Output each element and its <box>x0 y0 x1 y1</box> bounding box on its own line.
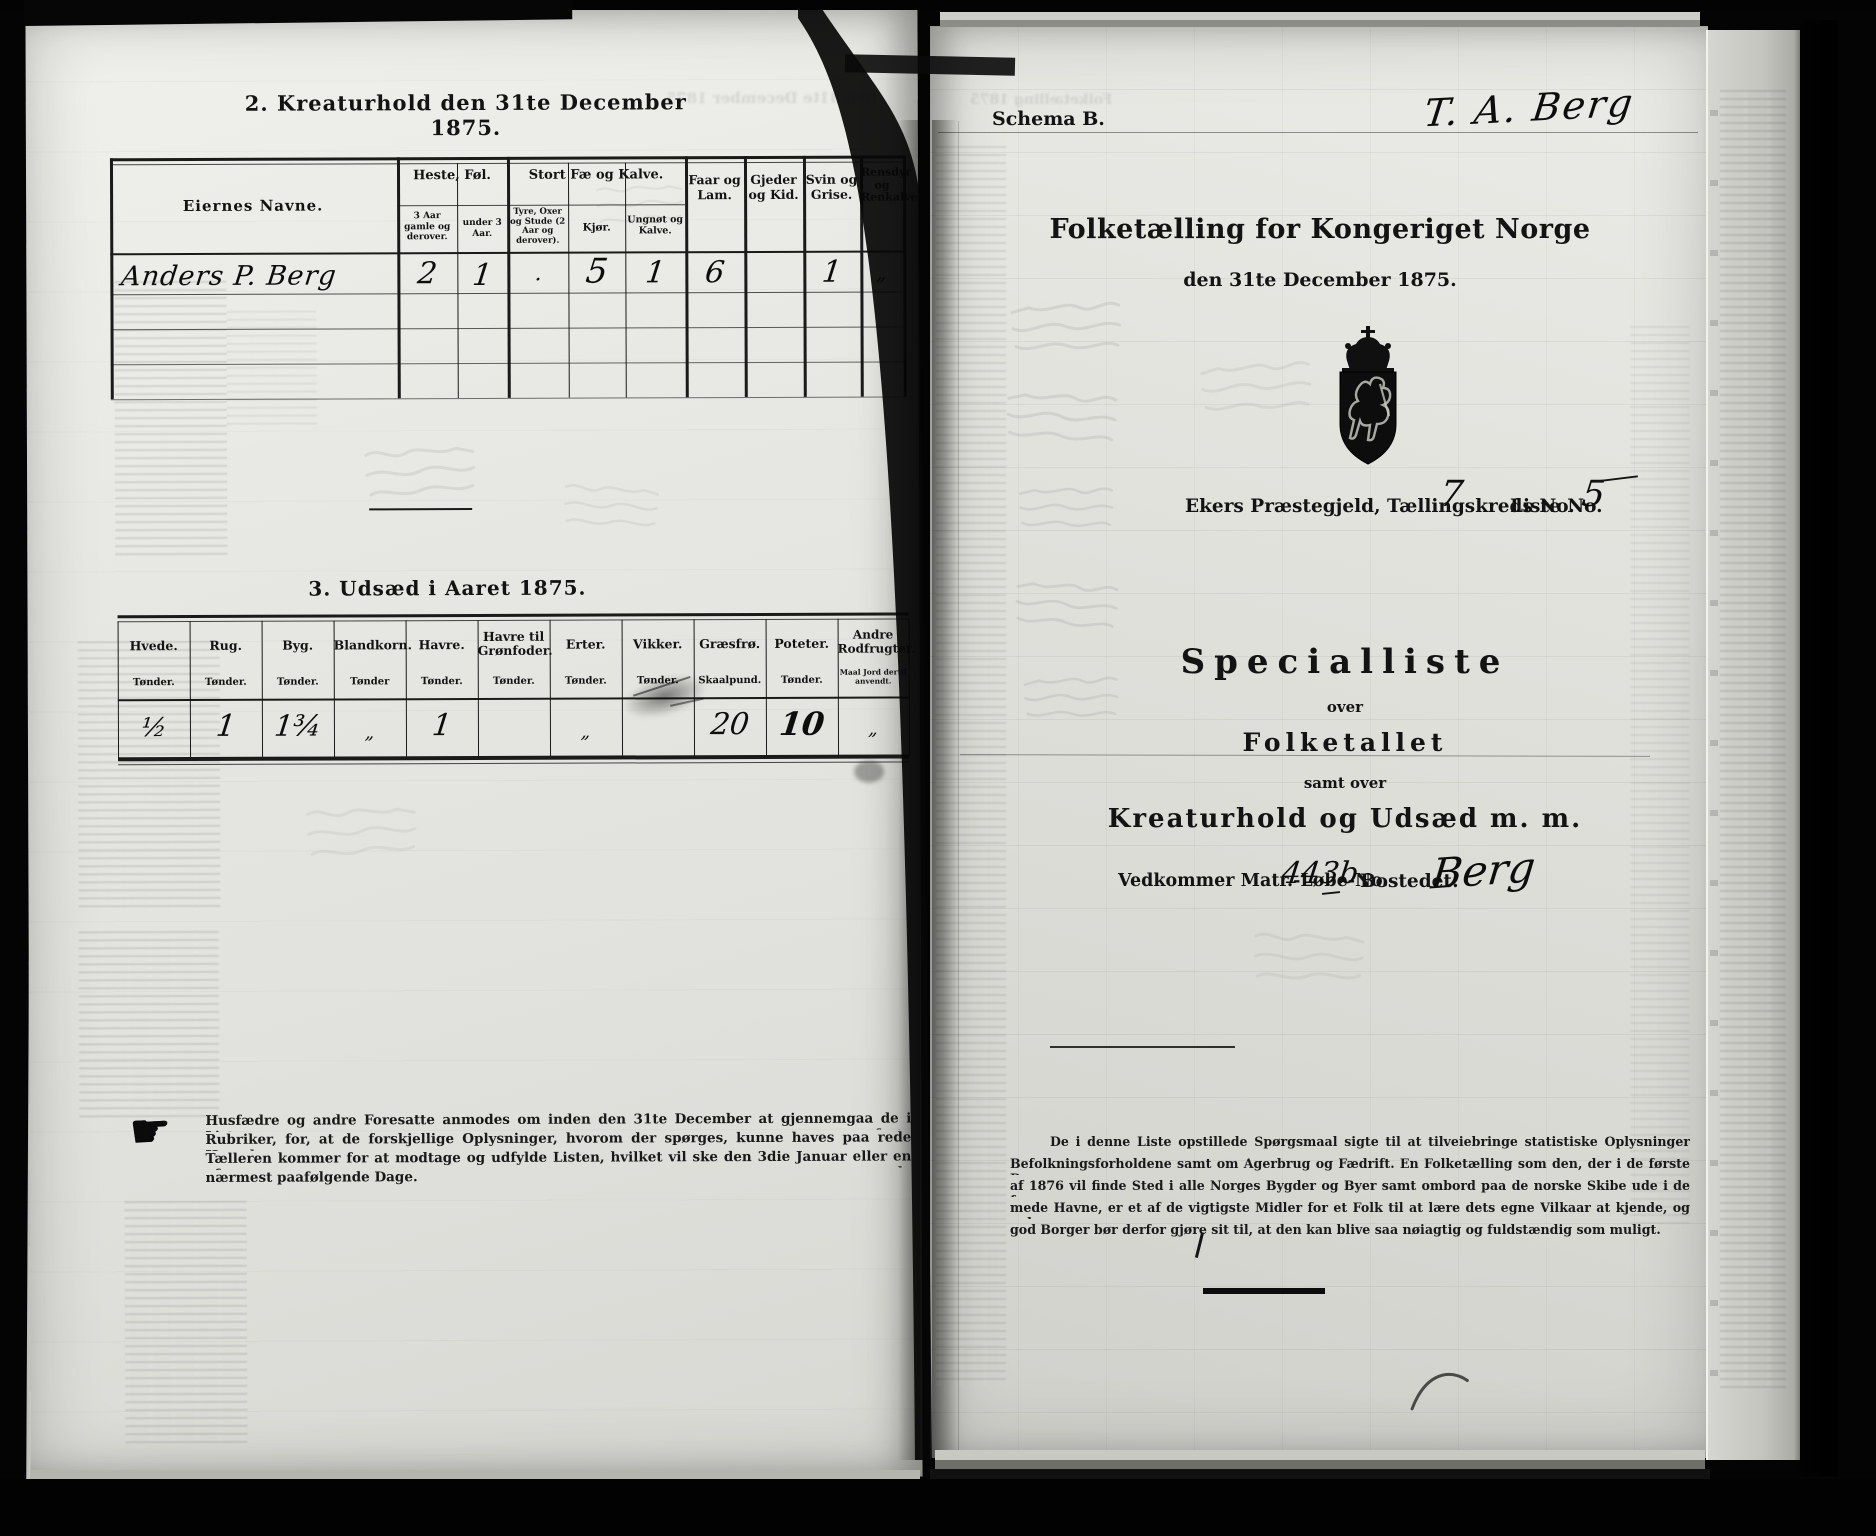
page-curl-shadow <box>1794 20 1838 1476</box>
table2-header: Vikker. <box>622 637 694 651</box>
mid-page-rule <box>1050 1046 1235 1048</box>
right-footer-line: god Borger bør derfor gjøre sit til, at … <box>1010 1222 1690 1241</box>
ghost-print-column <box>1720 90 1786 1390</box>
table1-cell-value: · <box>506 268 570 293</box>
krets-number-handwritten: 7 <box>1437 474 1465 515</box>
bottom-bar-rule <box>1203 1288 1325 1294</box>
ghost-handwriting-squiggle <box>993 572 1136 644</box>
table1-group-stortfae-header: Stort Fæ og Kalve. <box>507 167 685 183</box>
table2-unit: Tønder. <box>550 675 622 686</box>
table2-unit: Tønder. <box>190 677 262 688</box>
ghost-vertical-rule <box>958 121 959 1451</box>
table2-top-rule-thin <box>118 618 909 622</box>
table2-unit: Tønder. <box>478 676 550 687</box>
manicule-icon: ☛ <box>128 1102 172 1158</box>
table1-group-underline <box>397 205 507 206</box>
ghost-handwriting-squiggle <box>989 384 1131 459</box>
right-footer-line: mede Havne, er et af de vigtigste Midler… <box>1010 1200 1690 1219</box>
table2-unit: Tønder <box>334 676 406 687</box>
matrikkel-number-handwritten: 443b <box>1280 856 1361 891</box>
table2-header: Rug. <box>190 639 262 653</box>
ghost-handwriting-squiggle <box>545 475 679 543</box>
table1-col-owner-header: Eiernes Navne. <box>118 196 388 215</box>
table1-cell-value: 2 <box>395 256 459 291</box>
table2-cell-value: 1 <box>404 708 480 743</box>
table1-sub-tyre-header: Tyre, Oxer og Stude (2 Aar og derover). <box>509 208 566 246</box>
table2-cell-value: „ <box>333 722 408 743</box>
table1-sub-kjor-header: Kjør. <box>568 221 625 233</box>
ghost-handwriting-squiggle <box>1229 923 1391 999</box>
table2-cell-value: 1 <box>188 709 264 744</box>
specialliste-folketallet: Folketallet <box>1045 728 1645 757</box>
ghost-print-column <box>125 1201 248 1443</box>
census-date-line: den 31te December 1875. <box>1020 269 1620 291</box>
bottom-right-page-edges <box>935 1460 1705 1469</box>
table1-col-faar-header: Faar og Lam. <box>686 173 743 202</box>
table1-cell-value: 1 <box>455 258 509 293</box>
specialliste-over: over <box>1045 698 1645 716</box>
kreaturhold-section-title: 2. Kreaturhold den 31te December 1875. <box>206 89 726 141</box>
table2-cell-value: 1¾ <box>260 708 336 742</box>
ghost-handwriting-squiggle <box>998 293 1131 370</box>
left-footer-line: nærmest paafølgende Dage. <box>205 1167 911 1188</box>
table1-cell-value: 1 <box>623 255 687 290</box>
coat-of-arms-norway <box>1328 326 1408 468</box>
table2-header: Erter. <box>550 637 622 651</box>
table1-sub-3aar-header: 3 Aar gamle og derover. <box>398 211 456 243</box>
handwritten-owner-name: T. A. Berg <box>1421 81 1637 136</box>
row-number-marks <box>1710 110 1718 1430</box>
ghost-print-column <box>79 931 220 1121</box>
table2-cell-value: ½ <box>116 713 192 743</box>
specialliste-kreaturhold: Kreaturhold og Udsæd m. m. <box>1045 804 1645 834</box>
ink-blotch <box>854 761 884 783</box>
frame-bottom-band <box>0 1479 1876 1536</box>
udsaed-section-title: 3. Udsæd i Aaret 1875. <box>257 575 637 600</box>
seam-top-wedge <box>845 54 1015 76</box>
table1-vline <box>110 158 114 399</box>
top-right-page-edges <box>940 20 1700 27</box>
ghost-handwriting-squiggle <box>1178 351 1333 431</box>
left-footer-line: Tælleren kommer for at modtage og udfyld… <box>205 1148 911 1169</box>
gutter-shadow-left <box>898 120 920 1460</box>
table2-header: Græsfrø. <box>694 637 766 651</box>
table1-col-svin-header: Svin og Grise. <box>804 173 859 202</box>
right-footer-line: Befolkningsforholdene samt om Agerbrug o… <box>1010 1156 1690 1175</box>
ghost-text-mirrored: Folketælling 1875 <box>970 92 1112 108</box>
table2-cell-value: „ <box>549 721 624 742</box>
bosted-handwritten: Berg <box>1429 842 1538 898</box>
specialliste-title: Specialliste <box>1045 642 1645 682</box>
table2-header: Havre til Grønfoder. <box>478 630 550 658</box>
handwritten-flourish <box>1405 1359 1481 1426</box>
header-rule <box>938 132 1698 133</box>
table2-header: Byg. <box>262 638 334 652</box>
bottom-left-page-edge <box>30 1470 920 1479</box>
table2-bottom-rule <box>118 754 909 761</box>
specialliste-samt-over: samt over <box>1045 774 1645 792</box>
table2-bottom-rule-thin <box>118 761 909 765</box>
left-page: den 31te December 1875 2. Kreaturhold de… <box>25 8 922 1479</box>
right-page: Folketælling 1875 Schema B. T. A. Berg F… <box>930 26 1708 1458</box>
table2-cell-value: 20 <box>692 707 768 742</box>
table1-cell-value: 5 <box>566 251 628 291</box>
table2-unit: Tønder. <box>118 677 190 688</box>
table2-unit: Tønder. <box>766 675 838 686</box>
table2-header: Hvede. <box>118 639 190 653</box>
left-footer-line: Husfædre og andre Foresatte anmodes om i… <box>205 1110 911 1131</box>
right-footer-line: De i denne Liste opstillede Spørgsmaal s… <box>1050 1134 1690 1153</box>
right-footer-line: af 1876 vil finde Sted i alle Norges Byg… <box>1010 1178 1690 1197</box>
matrikkel-underline <box>1322 891 1340 895</box>
table2-header: Havre. <box>406 638 478 652</box>
table2-top-rule <box>118 612 909 618</box>
ghost-handwriting-squiggle <box>1004 480 1125 542</box>
table1-sub-under3-header: under 3 Aar. <box>458 218 506 239</box>
table2-header-bottom-rule <box>118 696 909 701</box>
ghost-handwriting-squiggle <box>277 797 450 873</box>
section-divider-rule <box>369 508 472 510</box>
left-footer-line: Rubriker, for, at de forskjellige Oplysn… <box>205 1129 911 1150</box>
ghost-handwriting-squiggle <box>345 436 499 514</box>
table1-sub-ungnot-header: Ungnøt og Kalve. <box>626 214 684 236</box>
top-right-page-edges <box>940 12 1700 20</box>
table1-cell-value: 6 <box>683 255 746 290</box>
table1-cell-value: 1 <box>801 255 862 290</box>
ghost-print-column <box>114 281 227 561</box>
gutter-shadow-right <box>932 120 958 1460</box>
table2-header: Blandkorn. <box>334 638 406 652</box>
census-main-title: Folketælling for Kongeriget Norge <box>1020 214 1620 245</box>
bottom-right-page-edges <box>935 1450 1705 1460</box>
schema-label: Schema B. <box>992 108 1105 130</box>
table1-col-gjeder-header: Gjeder og Kid. <box>745 173 802 202</box>
table2-header: Poteter. <box>766 637 838 651</box>
table2-unit: Tønder. <box>262 676 334 687</box>
table1-col-rensdyr-header: Rensdyr og Renkalve. <box>861 166 903 204</box>
scanned-census-document: den 31te December 1875 2. Kreaturhold de… <box>0 0 1876 1536</box>
table2-cell-value: 10 <box>764 705 841 743</box>
table1-group-heste-header: Heste, Føl. <box>397 168 507 183</box>
owner-name-handwritten: Anders P. Berg <box>120 260 339 292</box>
table2-unit: Tønder. <box>406 676 478 687</box>
next-page-sliver <box>1706 30 1800 1460</box>
